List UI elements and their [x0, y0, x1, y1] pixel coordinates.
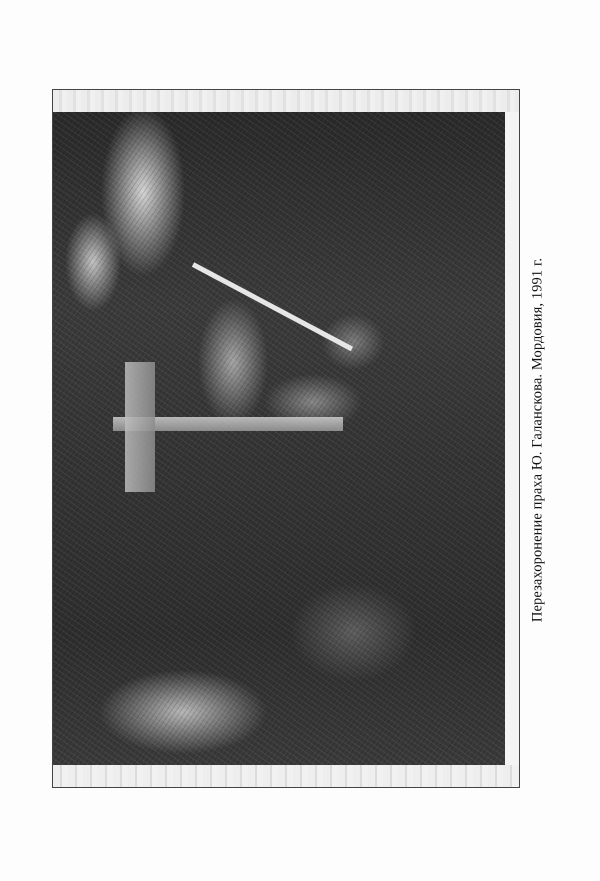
grave-cross-bar	[125, 362, 155, 492]
halftone-photograph	[53, 112, 505, 765]
shovel-handle	[192, 262, 353, 351]
photo-frame	[52, 89, 520, 788]
bleed-through-text-top	[53, 90, 519, 112]
book-page: Перезахоронение праха Ю. Галанскова. Мор…	[0, 0, 600, 881]
photo-caption: Перезахоронение праха Ю. Галанскова. Мор…	[530, 258, 547, 622]
bleed-through-text-bottom	[53, 765, 519, 787]
